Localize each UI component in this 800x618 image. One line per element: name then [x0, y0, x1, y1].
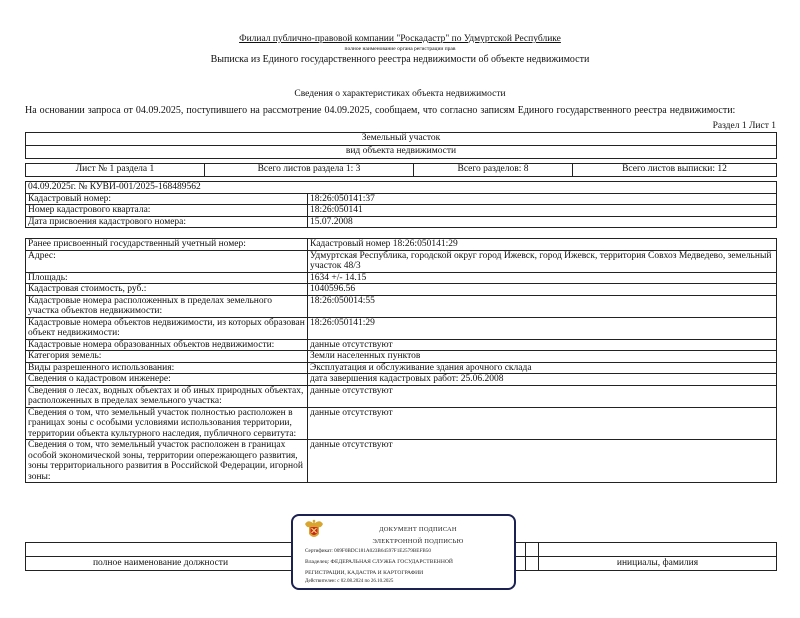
table-row: Сведения о том, что земельный участок по… [26, 407, 777, 440]
stamp-title-line2: ЭЛЕКТРОННОЙ ПОДПИСЬЮ [333, 538, 503, 545]
electronic-signature-stamp: ДОКУМЕНТ ПОДПИСАН ЭЛЕКТРОННОЙ ПОДПИСЬЮ С… [291, 514, 516, 590]
table-row: Кадастровая стоимость, руб.:1040596.56 [26, 284, 777, 296]
table-row: Категория земель:Земли населенных пункто… [26, 351, 777, 363]
position-field [26, 543, 296, 557]
row-label: Категория земель: [26, 351, 308, 363]
table-row: Дата присвоения кадастрового номера:15.0… [26, 216, 777, 228]
table-row: Сведения о лесах, водных объектах и об и… [26, 385, 777, 407]
name-field [539, 543, 777, 557]
row-value: Земли населенных пунктов [308, 351, 777, 363]
registry-organization-name: Филиал публично-правовой компании "Роска… [0, 34, 800, 45]
table-row: Номер кадастрового квартала:18:26:050141 [26, 205, 777, 217]
row-value: Удмуртская Республика, городской округ г… [308, 250, 777, 272]
stamp-certificate: Сертификат: 009F0BDC181A023B64597F1E2579… [305, 549, 431, 555]
request-number: 04.09.2025г. № КУВИ-001/2025-168489562 [26, 182, 777, 194]
table-row: Кадастровые номера расположенных в преде… [26, 295, 777, 317]
document-title: Выписка из Единого государственного реес… [0, 54, 800, 66]
row-label: Ранее присвоенный государственный учетны… [26, 239, 308, 251]
row-label: Кадастровая стоимость, руб.: [26, 284, 308, 296]
object-type-table: Земельный участок вид объекта недвижимос… [25, 132, 777, 159]
position-caption: полное наименование должности [26, 557, 296, 571]
row-value: данные отсутствуют [308, 407, 777, 440]
row-value: 18:26:050141:29 [308, 317, 777, 339]
object-type-caption: вид объекта недвижимости [26, 146, 777, 159]
table-row: Адрес:Удмуртская Республика, городской о… [26, 250, 777, 272]
row-value: данные отсутствуют [308, 440, 777, 483]
row-label: Кадастровые номера образованных объектов… [26, 339, 308, 351]
coat-of-arms-icon [303, 518, 325, 542]
row-label: Сведения о том, что земельный участок ра… [26, 440, 308, 483]
name-caption: инициалы, фамилия [539, 557, 777, 571]
row-value: 1634 +/- 14.15 [308, 272, 777, 284]
signature-spacer-caption [526, 557, 539, 571]
table-row: Кадастровые номера объектов недвижимости… [26, 317, 777, 339]
stamp-title-line1: ДОКУМЕНТ ПОДПИСАН [333, 526, 503, 533]
row-label: Адрес: [26, 250, 308, 272]
row-label: Дата присвоения кадастрового номера: [26, 216, 308, 228]
row-value: 18:26:050141:37 [308, 193, 777, 205]
row-value: 18:26:050014:55 [308, 295, 777, 317]
signature-spacer [526, 543, 539, 557]
row-value: Кадастровый номер 18:26:050141:29 [308, 239, 777, 251]
row-label: Номер кадастрового квартала: [26, 205, 308, 217]
table-row: Площадь:1634 +/- 14.15 [26, 272, 777, 284]
row-value: дата завершения кадастровых работ: 25.06… [308, 374, 777, 386]
sections-count: Всего разделов: 8 [414, 164, 573, 177]
stamp-validity: Действителен: с 02.08.2024 по 26.10.2025 [305, 579, 393, 585]
table-row: Виды разрешенного использования:Эксплуат… [26, 362, 777, 374]
table-row: Ранее присвоенный государственный учетны… [26, 239, 777, 251]
row-label: Виды разрешенного использования: [26, 362, 308, 374]
row-label: Сведения о том, что земельный участок по… [26, 407, 308, 440]
table-row: Кадастровый номер:18:26:050141:37 [26, 193, 777, 205]
object-characteristics-table: Ранее присвоенный государственный учетны… [25, 238, 777, 483]
row-label: Сведения о кадастровом инженере: [26, 374, 308, 386]
row-label: Кадастровые номера расположенных в преде… [26, 295, 308, 317]
row-label: Кадастровые номера объектов недвижимости… [26, 317, 308, 339]
row-value: Эксплуатация и обслуживание здания арочн… [308, 362, 777, 374]
row-label: Кадастровый номер: [26, 193, 308, 205]
sheet-number: Лист № 1 раздела 1 [26, 164, 205, 177]
organization-caption: полное наименование органа регистрации п… [0, 46, 800, 52]
extract-sheets-count: Всего листов выписки: 12 [573, 164, 777, 177]
table-row: Кадастровые номера образованных объектов… [26, 339, 777, 351]
cadastral-head-table: 04.09.2025г. № КУВИ-001/2025-168489562 К… [25, 181, 777, 228]
row-value: данные отсутствуют [308, 385, 777, 407]
table-row: Сведения о кадастровом инженере:дата зав… [26, 374, 777, 386]
section-page-reference: Раздел 1 Лист 1 [713, 121, 776, 132]
row-label: Сведения о лесах, водных объектах и об и… [26, 385, 308, 407]
table-row: Сведения о том, что земельный участок ра… [26, 440, 777, 483]
row-value: 1040596.56 [308, 284, 777, 296]
row-value: данные отсутствуют [308, 339, 777, 351]
sheet-info-table: Лист № 1 раздела 1 Всего листов раздела … [25, 163, 777, 177]
row-value: 15.07.2008 [308, 216, 777, 228]
stamp-owner-line2: РЕГИСТРАЦИИ, КАДАСТРА И КАРТОГРАФИИ [305, 570, 423, 576]
stamp-owner-line1: Владелец: ФЕДЕРАЛЬНАЯ СЛУЖБА ГОСУДАРСТВЕ… [305, 559, 453, 565]
section-sheets-count: Всего листов раздела 1: 3 [205, 164, 414, 177]
object-type-value: Земельный участок [26, 133, 777, 146]
request-basis-text: На основании запроса от 04.09.2025, пост… [25, 105, 735, 117]
row-value: 18:26:050141 [308, 205, 777, 217]
row-label: Площадь: [26, 272, 308, 284]
section-title: Сведения о характеристиках объекта недви… [0, 89, 800, 100]
